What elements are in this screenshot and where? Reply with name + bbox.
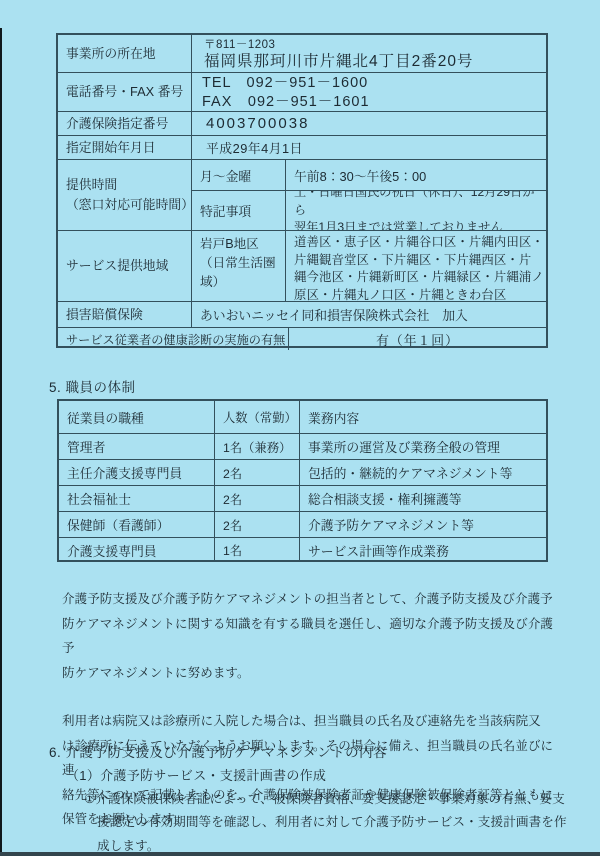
insurance-number-label: 介護保険指定番号 xyxy=(58,112,192,135)
office-address-value: 〒811－1203 福岡県那珂川市片縄北4丁目2番20号 xyxy=(192,35,546,72)
liability-value: あいおいニッセイ同和損害保険株式会社 加入 xyxy=(192,302,546,327)
fax-number: FAX 092－951－1601 xyxy=(202,93,370,112)
service-area-districts: 道善区・恵子区・片縄谷口区・片縄内田区・ 片縄観音堂区・下片縄区・下片縄西区・片… xyxy=(286,231,546,301)
staff-row-care-manager: 介護支援専門員 1名 サービス計画等作成業務 xyxy=(59,537,546,562)
prevention-item-1-detail: ①介護保険被保険者証によって、被保険者資格、要支援認定・事業対象の有無、要支 援… xyxy=(84,788,591,856)
duties: サービス計画等作成業務 xyxy=(300,538,546,562)
duties: 事業所の運営及び業務全般の管理 xyxy=(300,434,546,459)
service-area-label: サービス提供地域 xyxy=(58,231,192,301)
job-type: 保健師（看護師） xyxy=(59,512,215,537)
office-address-label: 事業所の所在地 xyxy=(58,35,192,72)
staff-note-selection: 介護予防支援及び介護予防ケアマネジメントの担当者として、介護予防支援及び介護予 … xyxy=(62,587,562,685)
service-area-zone: 岩戸B地区 （日常生活圏 域） xyxy=(192,231,286,301)
row-health-check: サービス従業者の健康診断の実施の有無 有（年１回） xyxy=(58,327,546,350)
row-start-date: 指定開始年月日 平成29年4月1日 xyxy=(58,135,546,159)
prevention-section-title: 6. 介護予防支援及び介護予防ケアマネジメントの内容 xyxy=(49,741,387,761)
staff-table-header: 従業員の職種 人数（常勤） 業務内容 xyxy=(59,401,546,433)
header-duties: 業務内容 xyxy=(300,401,546,433)
job-type: 主任介護支援専門員 xyxy=(59,460,215,485)
start-date-label: 指定開始年月日 xyxy=(58,136,192,159)
service-hours-subtable: 月～金曜 午前8：30～午後5：00 特記事項 土・日曜日国民の祝日（休日）、1… xyxy=(192,160,546,230)
headcount: 1名（兼務） xyxy=(215,434,300,459)
staff-table: 従業員の職種 人数（常勤） 業務内容 管理者 1名（兼務） 事業所の運営及び業務… xyxy=(57,399,548,562)
header-headcount: 人数（常勤） xyxy=(215,401,300,433)
start-date-value: 平成29年4月1日 xyxy=(192,136,546,159)
row-weekday-hours: 月～金曜 午前8：30～午後5：00 xyxy=(192,160,546,190)
phone-fax-value: TEL 092－951－1600 FAX 092－951－1601 xyxy=(192,73,546,111)
row-office-address: 事業所の所在地 〒811－1203 福岡県那珂川市片縄北4丁目2番20号 xyxy=(58,35,546,72)
headcount: 2名 xyxy=(215,486,300,511)
row-service-hours: 提供時間 （窓口対応可能時間） 月～金曜 午前8：30～午後5：00 特記事項 … xyxy=(58,159,546,230)
health-check-label: サービス従業者の健康診断の実施の有無 xyxy=(58,328,289,350)
insurance-number-value: 4003700038 xyxy=(192,112,546,135)
service-hours-label: 提供時間 （窓口対応可能時間） xyxy=(58,160,192,230)
row-special-notes: 特記事項 土・日曜日国民の祝日（休日）、12月29日から 翌年1月3日までは営業… xyxy=(192,190,546,230)
staff-row-public-health-nurse: 保健師（看護師） 2名 介護予防ケアマネジメント等 xyxy=(59,511,546,537)
headcount: 2名 xyxy=(215,460,300,485)
staff-row-chief-care-manager: 主任介護支援専門員 2名 包括的・継続的ケアマネジメント等 xyxy=(59,459,546,485)
headcount: 1名 xyxy=(215,538,300,562)
weekday-label: 月～金曜 xyxy=(192,160,286,190)
staff-row-manager: 管理者 1名（兼務） 事業所の運営及び業務全般の管理 xyxy=(59,433,546,459)
phone-fax-label: 電話番号・FAX 番号 xyxy=(58,73,192,111)
staff-section-title: 5. 職員の体制 xyxy=(49,376,136,396)
row-insurance-number: 介護保険指定番号 4003700038 xyxy=(58,111,546,135)
scan-edge-left xyxy=(0,28,2,856)
duties: 介護予防ケアマネジメント等 xyxy=(300,512,546,537)
headcount: 2名 xyxy=(215,512,300,537)
job-type: 介護支援専門員 xyxy=(59,538,215,562)
prevention-item-1: （1）介護予防サービス・支援計画書の作成 xyxy=(66,765,326,784)
row-service-area: サービス提供地域 岩戸B地区 （日常生活圏 域） 道善区・恵子区・片縄谷口区・片… xyxy=(58,230,546,301)
row-phone-fax: 電話番号・FAX 番号 TEL 092－951－1600 FAX 092－951… xyxy=(58,72,546,111)
job-type: 社会福祉士 xyxy=(59,486,215,511)
row-liability-insurance: 損害賠償保険 あいおいニッセイ同和損害保険株式会社 加入 xyxy=(58,301,546,327)
weekday-hours-value: 午前8：30～午後5：00 xyxy=(286,160,546,190)
health-check-value: 有（年１回） xyxy=(289,328,546,350)
postal-code: 〒811－1203 xyxy=(200,38,473,52)
street-address: 福岡県那珂川市片縄北4丁目2番20号 xyxy=(200,52,473,71)
header-job-type: 従業員の職種 xyxy=(59,401,215,433)
scanned-document-page: 事業所の所在地 〒811－1203 福岡県那珂川市片縄北4丁目2番20号 電話番… xyxy=(0,0,600,856)
staff-row-social-worker: 社会福祉士 2名 総合相談支援・権利擁護等 xyxy=(59,485,546,511)
duties: 包括的・継続的ケアマネジメント等 xyxy=(300,460,546,485)
tel-number: TEL 092－951－1600 xyxy=(202,74,370,93)
duties: 総合相談支援・権利擁護等 xyxy=(300,486,546,511)
office-info-table: 事業所の所在地 〒811－1203 福岡県那珂川市片縄北4丁目2番20号 電話番… xyxy=(56,33,548,348)
liability-label: 損害賠償保険 xyxy=(58,302,192,327)
job-type: 管理者 xyxy=(59,434,215,459)
special-notes-label: 特記事項 xyxy=(192,191,286,230)
special-notes-value: 土・日曜日国民の祝日（休日）、12月29日から 翌年1月3日までは営業しておりま… xyxy=(286,191,546,230)
